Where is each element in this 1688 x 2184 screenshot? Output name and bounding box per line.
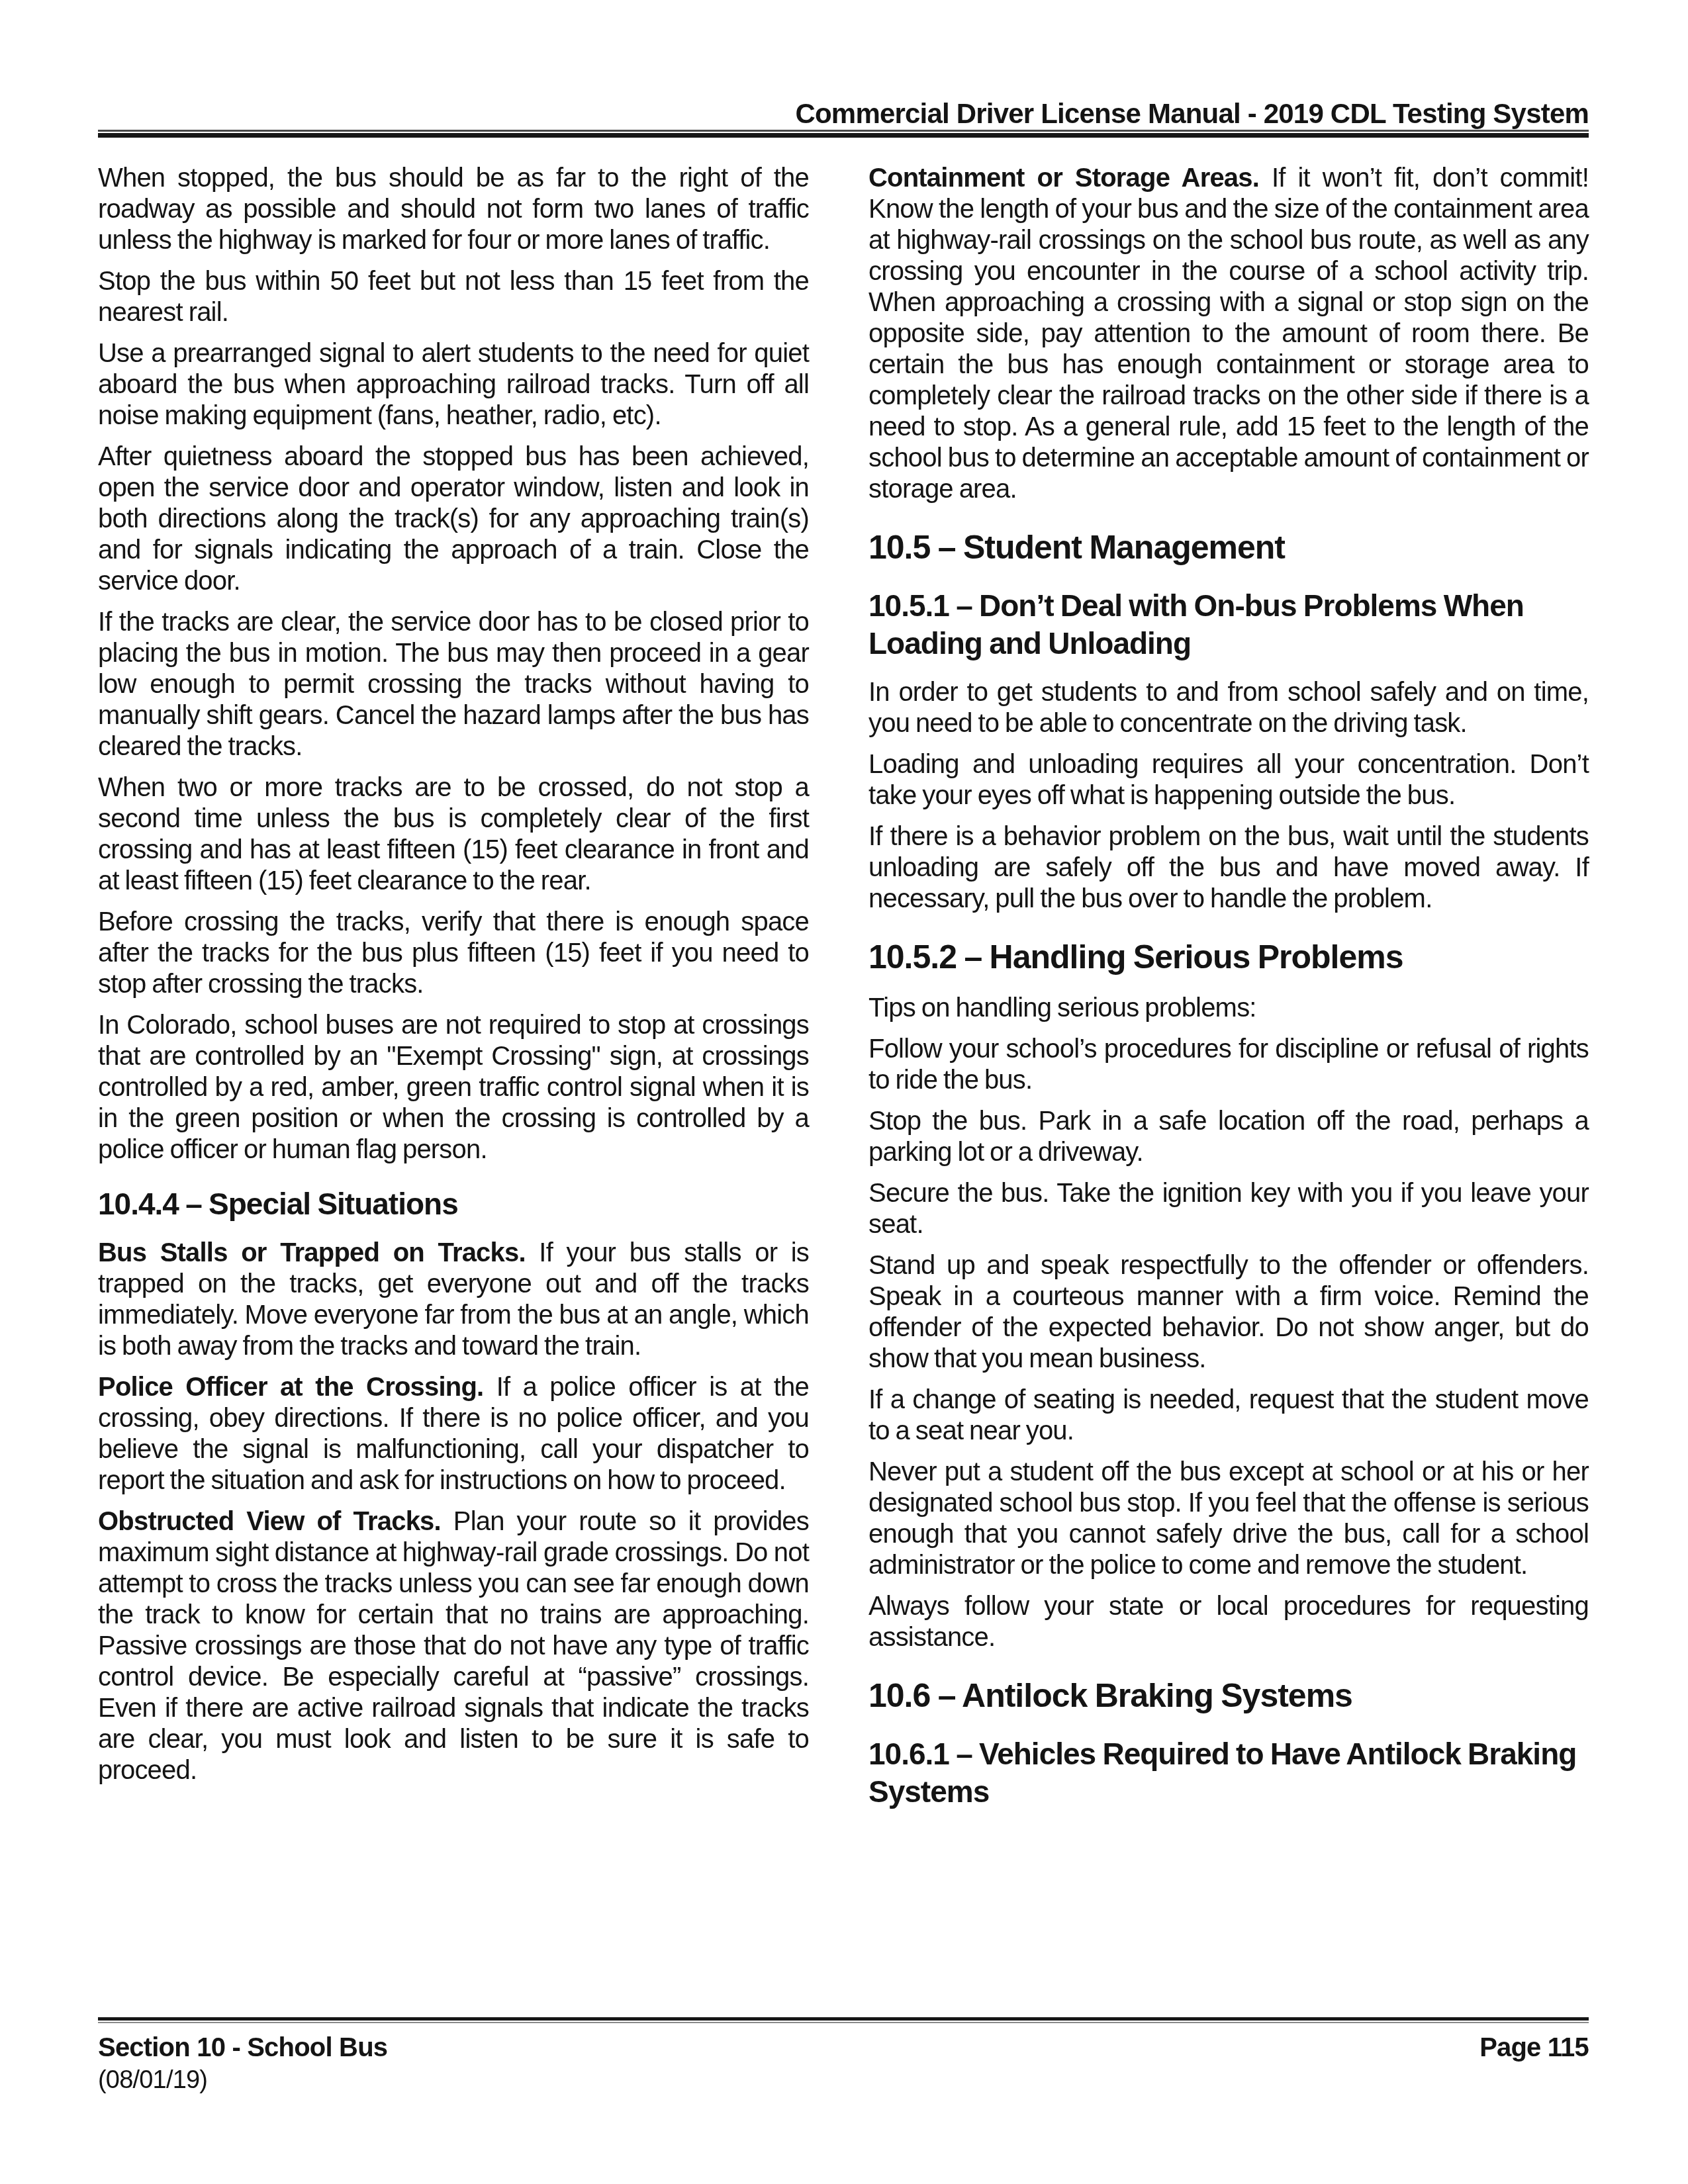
footer-date: (08/01/19)	[98, 2066, 207, 2095]
paragraph-text: Plan your route so it provides maximum s…	[98, 1507, 809, 1785]
header-rule	[98, 130, 1589, 138]
paragraph-lead: Containment or Storage Areas.	[868, 163, 1259, 193]
paragraph: Never put a student off the bus except a…	[868, 1457, 1589, 1581]
paragraph: In order to get students to and from sch…	[868, 677, 1589, 739]
footer-rule	[98, 2017, 1589, 2023]
paragraph-text: If it won’t fit, don’t commit! Know the …	[868, 163, 1589, 504]
paragraph: Bus Stalls or Trapped on Tracks. If your…	[98, 1238, 809, 1362]
paragraph: In Colorado, school buses are not requir…	[98, 1010, 809, 1165]
section-heading-10-5: 10.5 – Student Management	[868, 527, 1589, 567]
paragraph: Secure the bus. Take the ignition key wi…	[868, 1178, 1589, 1240]
paragraph-lead: Obstructed View of Tracks.	[98, 1507, 441, 1536]
paragraph-lead: Police Officer at the Crossing.	[98, 1373, 483, 1402]
paragraph: Before crossing the tracks, verify that …	[98, 907, 809, 1000]
paragraph: When stopped, the bus should be as far t…	[98, 163, 809, 256]
paragraph: Always follow your state or local proced…	[868, 1591, 1589, 1653]
paragraph: Stop the bus within 50 feet but not less…	[98, 266, 809, 328]
section-heading-10-5-2: 10.5.2 – Handling Serious Problems	[868, 937, 1589, 977]
section-heading-10-4-4: 10.4.4 – Special Situations	[98, 1185, 809, 1223]
paragraph: Obstructed View of Tracks. Plan your rou…	[98, 1506, 809, 1786]
section-heading-10-5-1: 10.5.1 – Don’t Deal with On-bus Problems…	[868, 587, 1589, 662]
left-column: When stopped, the bus should be as far t…	[98, 163, 809, 1796]
paragraph: Police Officer at the Crossing. If a pol…	[98, 1372, 809, 1496]
paragraph: If the tracks are clear, the service doo…	[98, 607, 809, 762]
paragraph: Follow your school’s procedures for disc…	[868, 1034, 1589, 1096]
paragraph: If there is a behavior problem on the bu…	[868, 821, 1589, 915]
paragraph: Use a prearranged signal to alert studen…	[98, 338, 809, 432]
paragraph: If a change of seating is needed, reques…	[868, 1385, 1589, 1447]
manual-page: Commercial Driver License Manual - 2019 …	[0, 0, 1688, 2184]
paragraph: Loading and unloading requires all your …	[868, 749, 1589, 811]
paragraph: Stop the bus. Park in a safe location of…	[868, 1106, 1589, 1168]
footer-page-number: Page 115	[1479, 2033, 1589, 2063]
paragraph: Containment or Storage Areas. If it won’…	[868, 163, 1589, 505]
paragraph: When two or more tracks are to be crosse…	[98, 772, 809, 897]
paragraph: After quietness aboard the stopped bus h…	[98, 441, 809, 597]
paragraph: Tips on handling serious problems:	[868, 993, 1589, 1024]
page-header-title: Commercial Driver License Manual - 2019 …	[98, 98, 1589, 130]
section-heading-10-6: 10.6 – Antilock Braking Systems	[868, 1676, 1589, 1715]
footer-section-label: Section 10 - School Bus	[98, 2033, 387, 2063]
paragraph: Stand up and speak respectfully to the o…	[868, 1250, 1589, 1375]
paragraph-lead: Bus Stalls or Trapped on Tracks.	[98, 1238, 526, 1267]
right-column: Containment or Storage Areas. If it won’…	[868, 163, 1589, 1825]
section-heading-10-6-1: 10.6.1 – Vehicles Required to Have Antil…	[868, 1735, 1589, 1811]
